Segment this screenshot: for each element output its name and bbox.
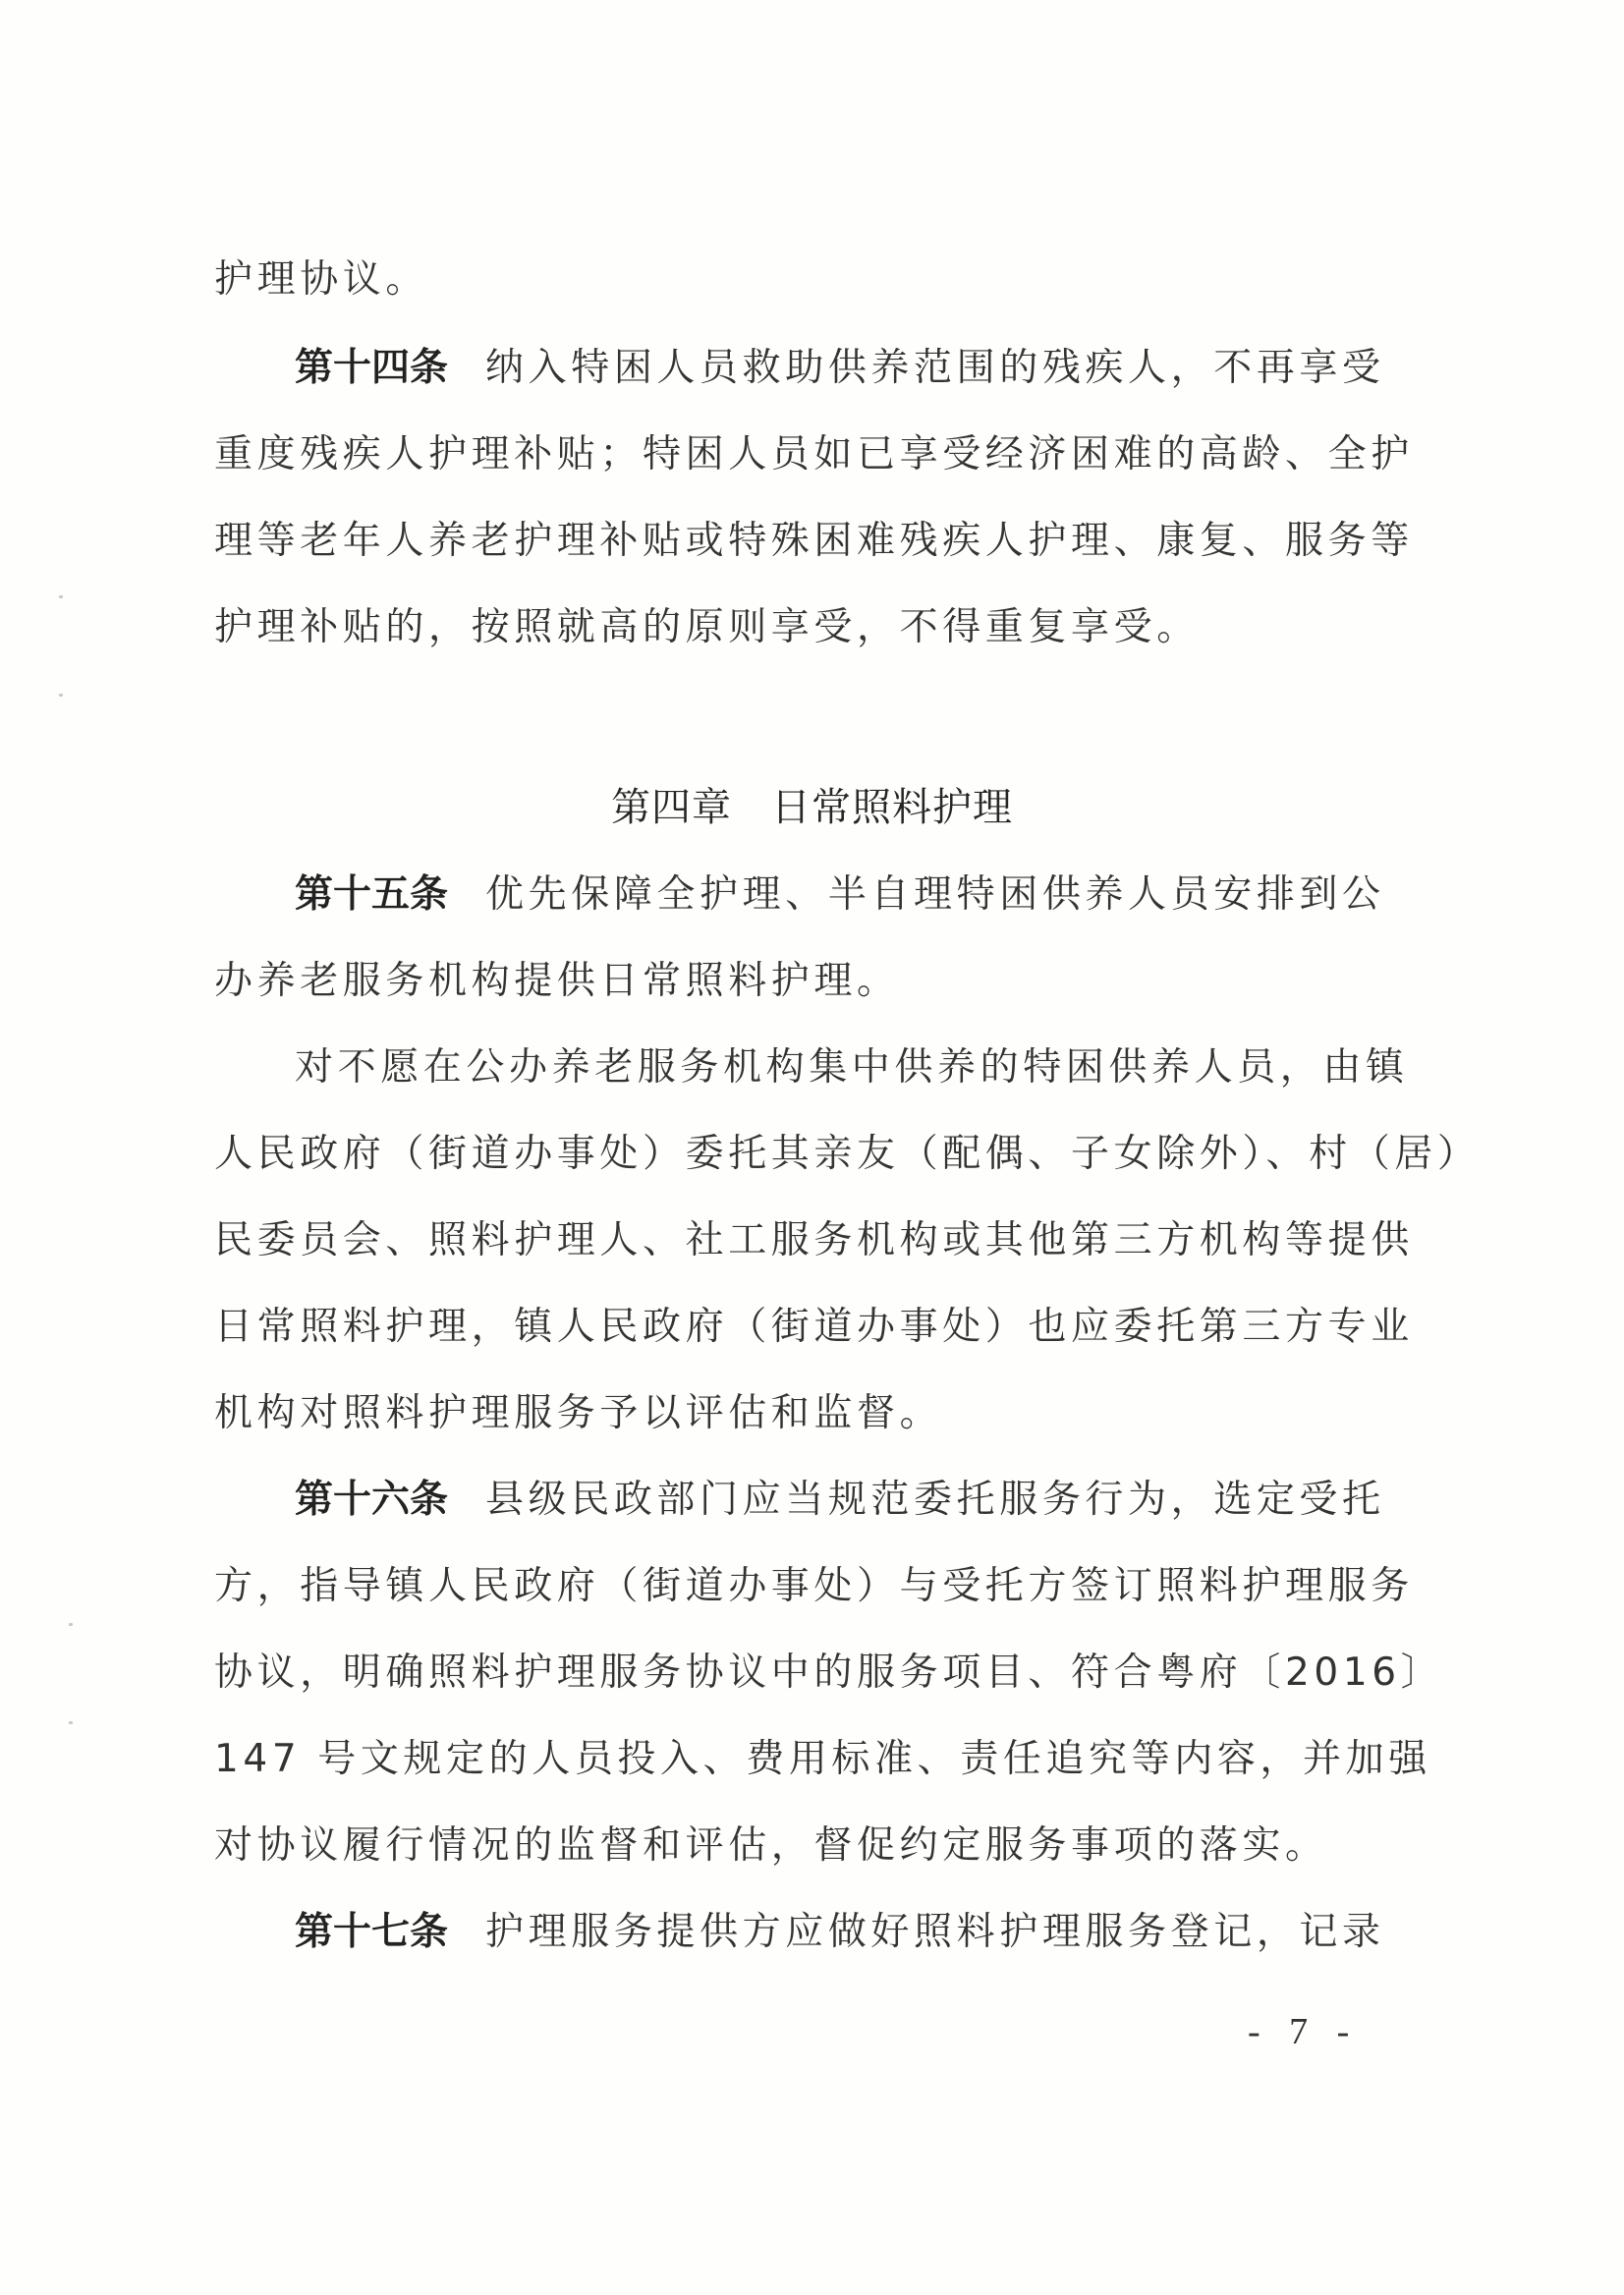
text-line: 优先保障全护理、半自理特困供养人员安排到公	[485, 872, 1385, 917]
document-page: 护理协议。 第十四条纳入特困人员救助供养范围的残疾人，不再享受 重度残疾人护理补…	[0, 0, 1624, 2295]
article-14: 第十四条纳入特困人员救助供养范围的残疾人，不再享受	[295, 346, 1397, 391]
article-label: 第十五条	[295, 872, 448, 917]
text-line: 对协议履行情况的监督和评估，督促约定服务事项的落实。	[214, 1823, 1397, 1869]
text-line: 护理服务提供方应做好照料护理服务登记，记录	[485, 1910, 1385, 1954]
page-number: - 7 -	[1248, 2010, 1359, 2053]
chapter-title: 日常照料护理	[771, 785, 1013, 830]
scan-artifact	[59, 595, 63, 598]
chapter-number: 第四章	[611, 785, 732, 830]
text-line: 民委员会、照料护理人、社工服务机构或其他第三方机构等提供	[214, 1218, 1397, 1263]
text-line: 方，指导镇人民政府（街道办事处）与受托方签订照料护理服务	[214, 1564, 1397, 1609]
text-line: 147 号文规定的人员投入、费用标准、责任追究等内容，并加强	[214, 1737, 1397, 1782]
text-line: 护理补贴的，按照就高的原则享受，不得重复享受。	[214, 605, 1397, 650]
chapter-heading: 第四章日常照料护理	[0, 784, 1624, 831]
text-line: 对不愿在公办养老服务机构集中供养的特困供养人员，由镇	[295, 1045, 1397, 1091]
scan-artifact	[69, 1721, 73, 1724]
text-line: 办养老服务机构提供日常照料护理。	[214, 959, 1397, 1004]
article-label: 第十六条	[295, 1478, 448, 1522]
article-label: 第十四条	[295, 346, 448, 390]
article-15: 第十五条优先保障全护理、半自理特困供养人员安排到公	[295, 872, 1397, 918]
text-line: 机构对照料护理服务予以评估和监督。	[214, 1391, 1397, 1436]
text-line: 理等老年人养老护理补贴或特殊困难残疾人护理、康复、服务等	[214, 519, 1397, 564]
text-line: 重度残疾人护理补贴；特困人员如已享受经济困难的高龄、全护	[214, 432, 1397, 477]
text-line: 纳入特困人员救助供养范围的残疾人，不再享受	[485, 346, 1385, 390]
scan-artifact	[59, 694, 63, 697]
text-line: 日常照料护理，镇人民政府（街道办事处）也应委托第三方专业	[214, 1305, 1397, 1350]
text-line: 县级民政部门应当规范委托服务行为，选定受托	[485, 1478, 1385, 1522]
scan-artifact	[69, 1623, 73, 1626]
text-line: 人民政府（街道办事处）委托其亲友（配偶、子女除外）、村（居）	[214, 1132, 1397, 1177]
article-17: 第十七条护理服务提供方应做好照料护理服务登记，记录	[295, 1910, 1397, 1955]
text-line: 护理协议。	[214, 257, 1397, 303]
text-line: 协议，明确照料护理服务协议中的服务项目、符合粤府〔2016〕	[214, 1651, 1397, 1696]
article-16: 第十六条县级民政部门应当规范委托服务行为，选定受托	[295, 1478, 1397, 1523]
article-label: 第十七条	[295, 1910, 448, 1954]
